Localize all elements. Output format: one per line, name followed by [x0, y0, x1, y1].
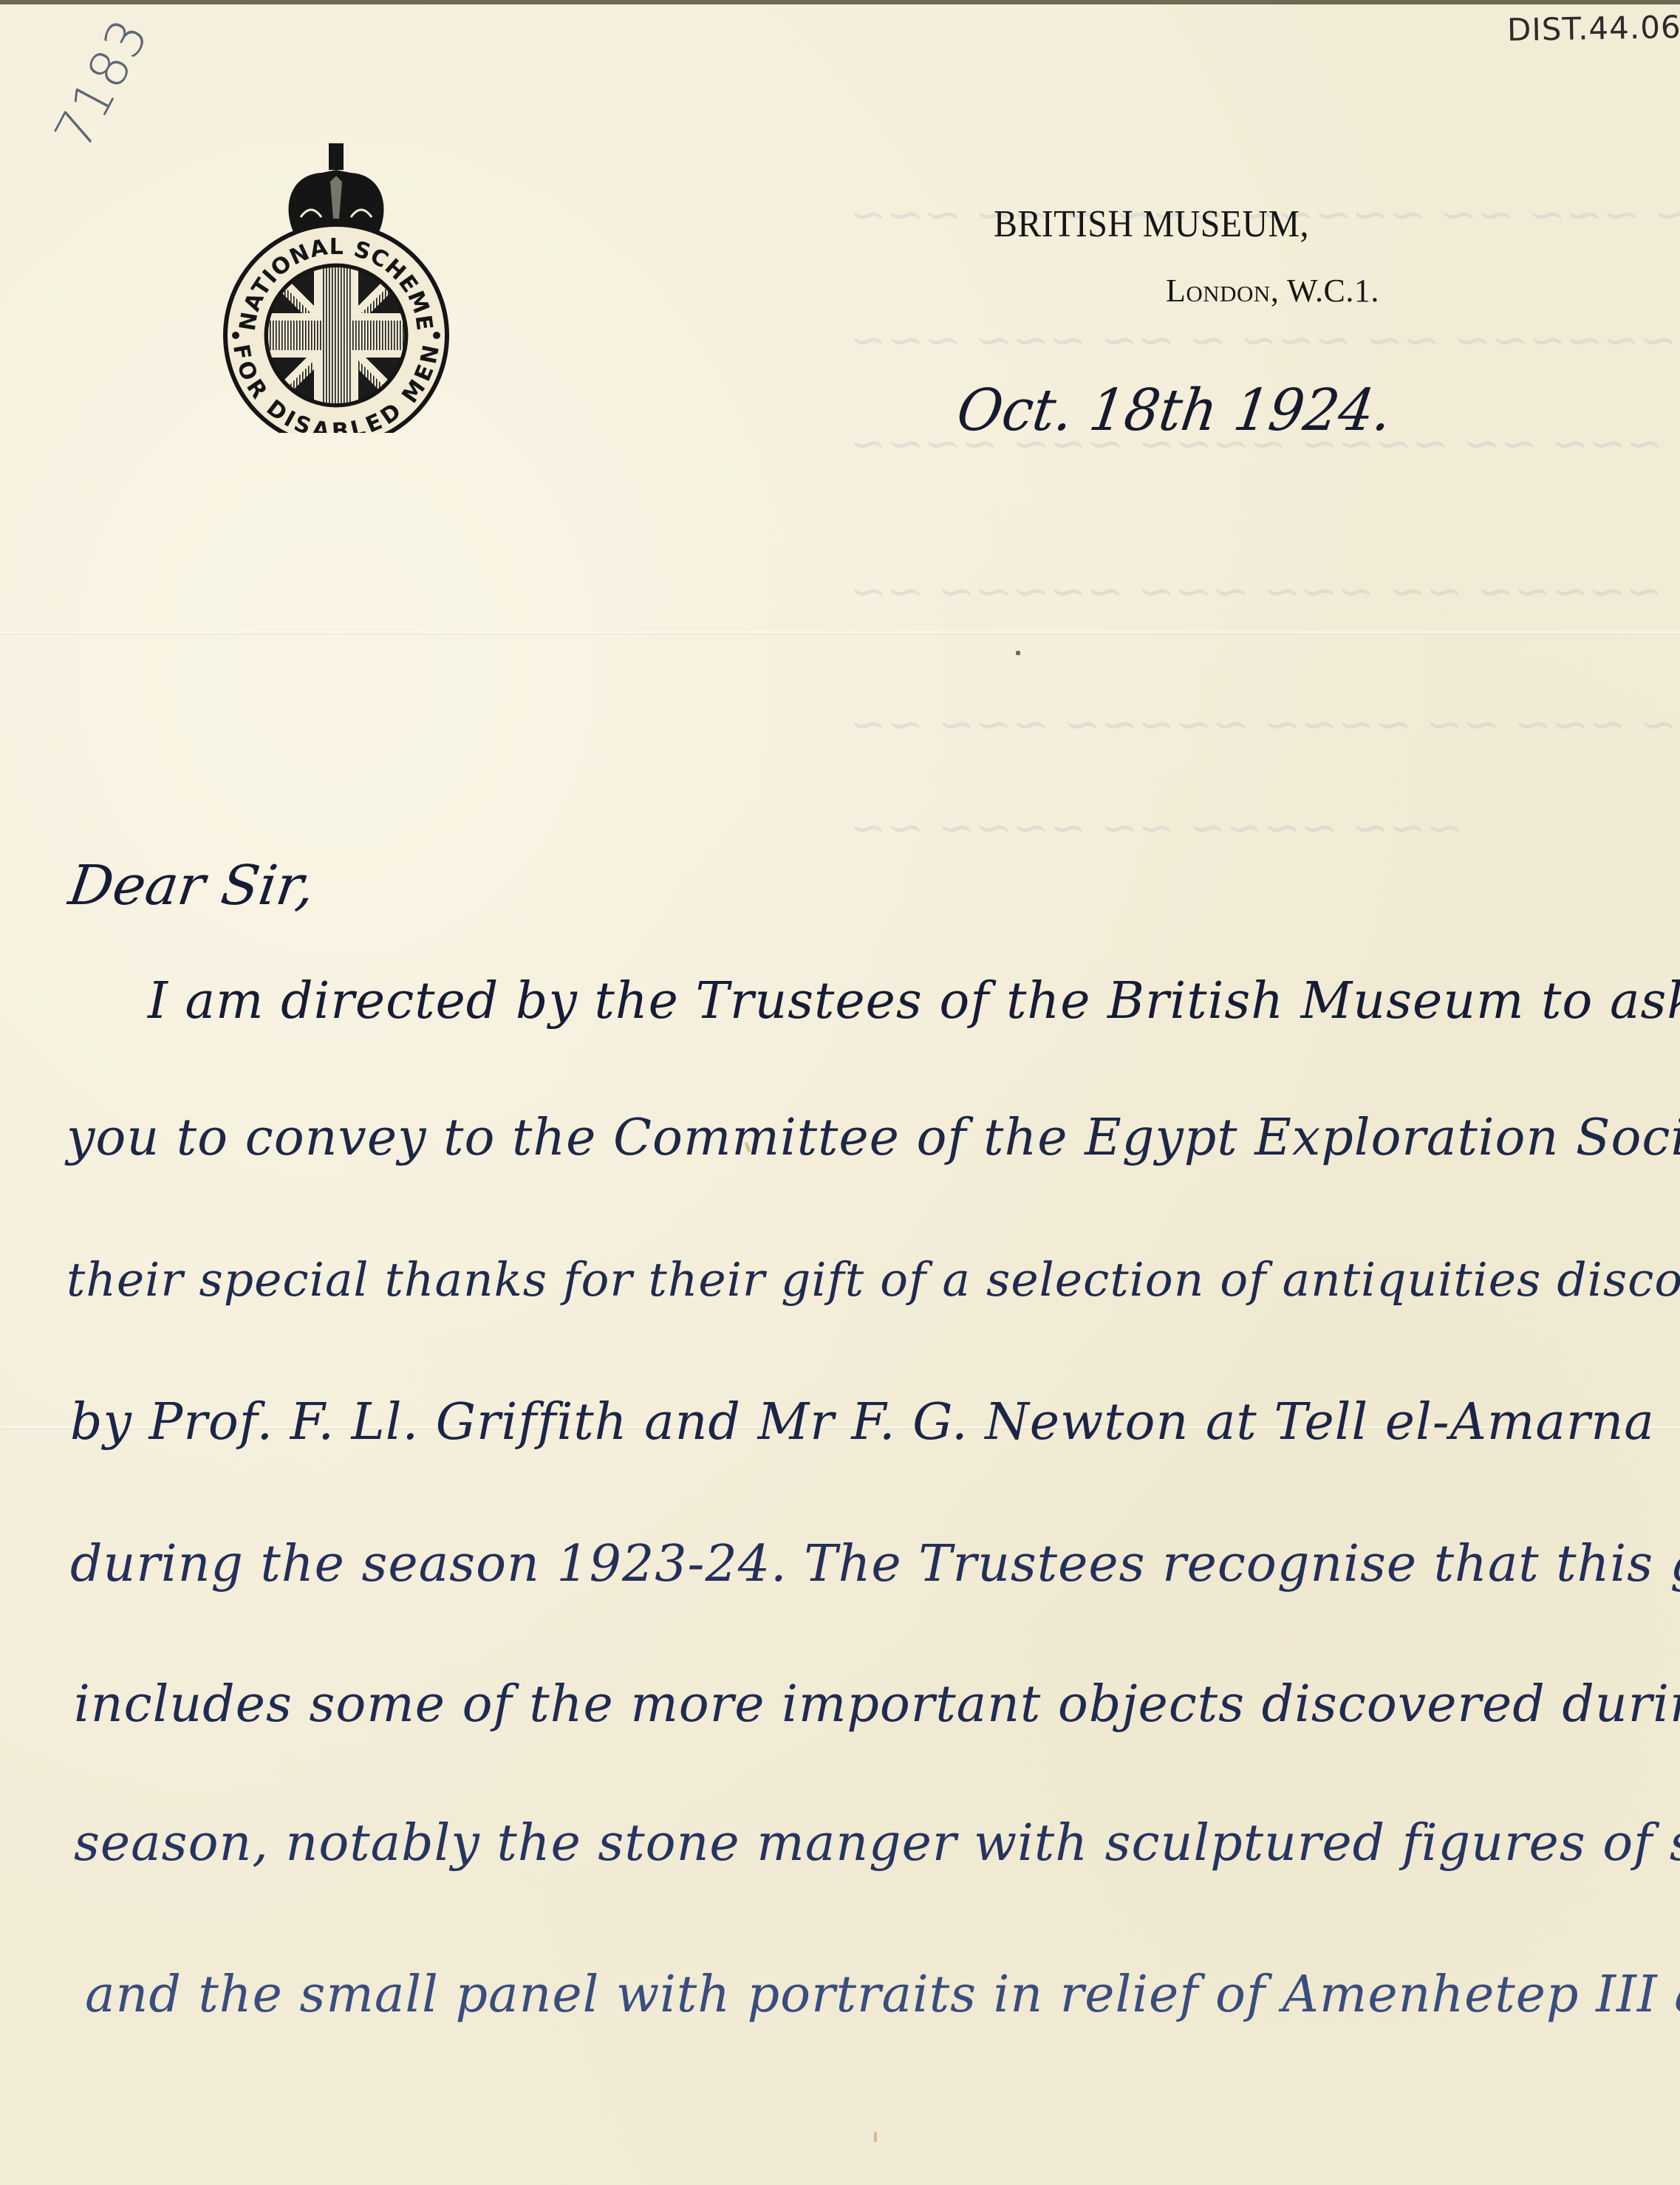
show-through-text: ~~ ~~~ ~~ ~~~~ ~~~~~ ~~~ ~~ [850, 699, 1680, 750]
letterhead-institution: BRITISH MUSEUM, [994, 202, 1309, 246]
national-scheme-crown-emblem-icon: NATIONAL SCHEME FOR DISABLED MEN [211, 137, 462, 433]
show-through-text: ~~~ ~~~~ ~~ ~~~~ ~~ [850, 802, 1463, 854]
show-through-text: ~~ ~~~~~~ ~~ ~~~ ~ ~~ ~~~ ~~~ [850, 315, 1680, 366]
letterhead-address: London, W.C.1. [1166, 272, 1379, 310]
body-line: and the small panel with portraits in re… [85, 1966, 1680, 2024]
body-line: season, notably the stone manger with sc… [74, 1814, 1680, 1873]
paper-speck [874, 2132, 877, 2142]
body-line: includes some of the more important obje… [74, 1675, 1680, 1734]
body-line: I am directed by the Trustees of the Bri… [148, 972, 1680, 1030]
pencil-accession-number: 7183 [43, 9, 161, 159]
body-line: you to convey to the Committee of the Eg… [66, 1109, 1680, 1167]
paper-speck [1016, 651, 1020, 655]
letter-page: ~ ~~~ ~~ ~~~~~ ~~~ ~ ~~ ~~~ ~~ ~~~~~~ ~~… [0, 0, 1680, 2185]
salutation: Dear Sir, [65, 854, 318, 917]
body-line: during the season 1923-24. The Trustees … [70, 1535, 1680, 1593]
show-through-text: ~~ ~~~~~ ~~ ~~~ ~~~ ~~~~~ ~~ [850, 566, 1680, 618]
fold-crease [0, 631, 1680, 635]
body-line: their special thanks for their gift of a… [66, 1253, 1680, 1307]
body-line: by Prof. F. Ll. Griffith and Mr F. G. Ne… [70, 1393, 1655, 1451]
letter-date: Oct. 18th 1924. [953, 377, 1396, 444]
archive-reference: DIST.44.06 [1507, 9, 1680, 48]
